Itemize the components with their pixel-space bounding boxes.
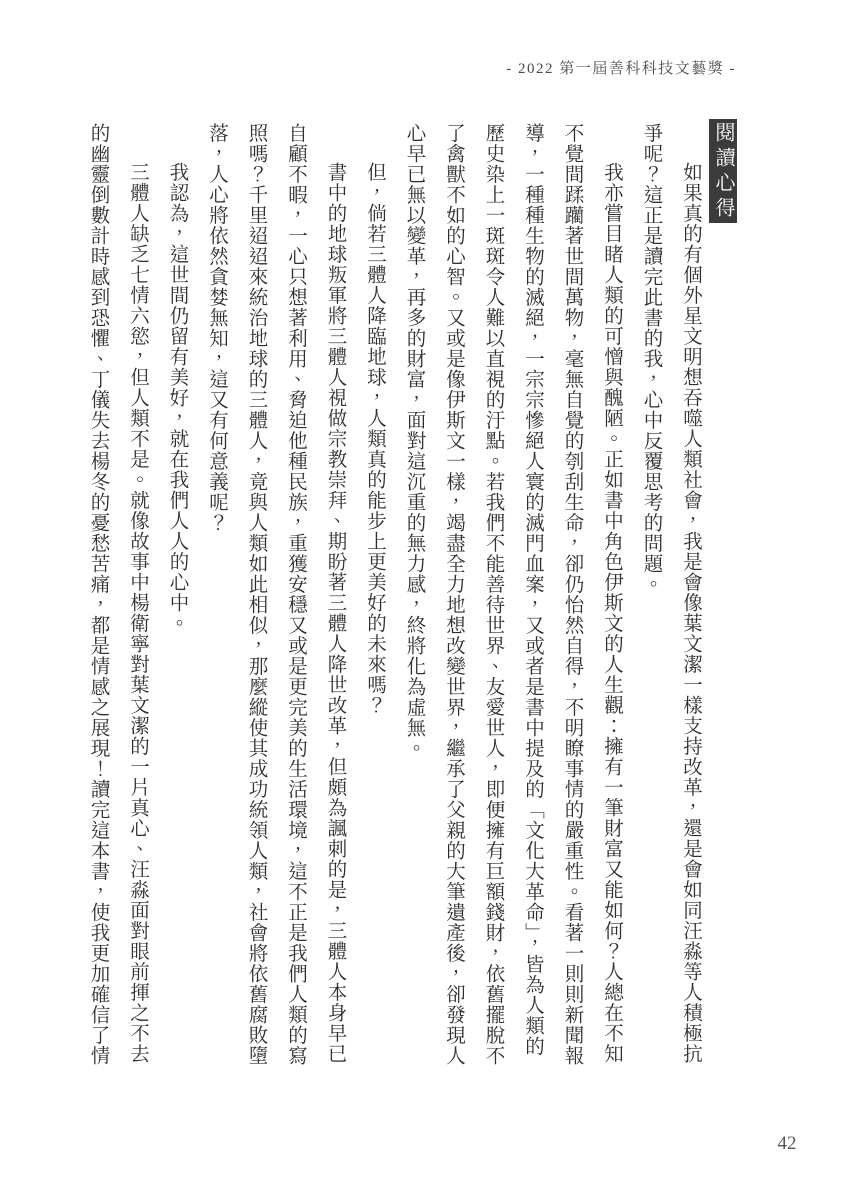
essay-paragraph: 書中的地球叛軍將三體人視做宗教崇拜、期盼著三體人降世改革，但頗為諷刺的是，三體人… <box>197 123 355 1068</box>
essay-paragraph: 三體人缺乏七情六慾，但人類不是。就像故事中楊衛寧對葉文潔的一片真心、汪淼面對眼前… <box>78 123 157 1068</box>
essay-paragraph: 我認為，這世間仍留有美好，就在我們人人的心中。 <box>157 123 197 1068</box>
essay-body: 如果真的有個外星文明想吞噬人類社會，我是會像葉文潔一樣支持改革，還是會如同汪淼等… <box>76 123 710 1068</box>
essay-paragraph: 我亦嘗目睹人類的可憎與醜陋。正如書中角色伊斯文的人生觀：擁有一筆財富又能如何？人… <box>394 123 631 1068</box>
running-head: - 2022 第一屆善科科技文藝獎 - <box>506 57 736 78</box>
essay-paragraph: 但，倘若三體人降臨地球，人類真的能步上更美好的未來嗎？ <box>355 123 395 1068</box>
section-title: 閱讀心得 <box>709 119 737 223</box>
essay-paragraph: 如果真的有個外星文明想吞噬人類社會，我是會像葉文潔一樣支持改革，還是會如同汪淼等… <box>631 123 710 1068</box>
page-number: 42 <box>770 1133 804 1155</box>
book-page: - 2022 第一屆善科科技文藝獎 - 閱讀心得 如果真的有個外星文明想吞噬人類… <box>0 0 846 1200</box>
